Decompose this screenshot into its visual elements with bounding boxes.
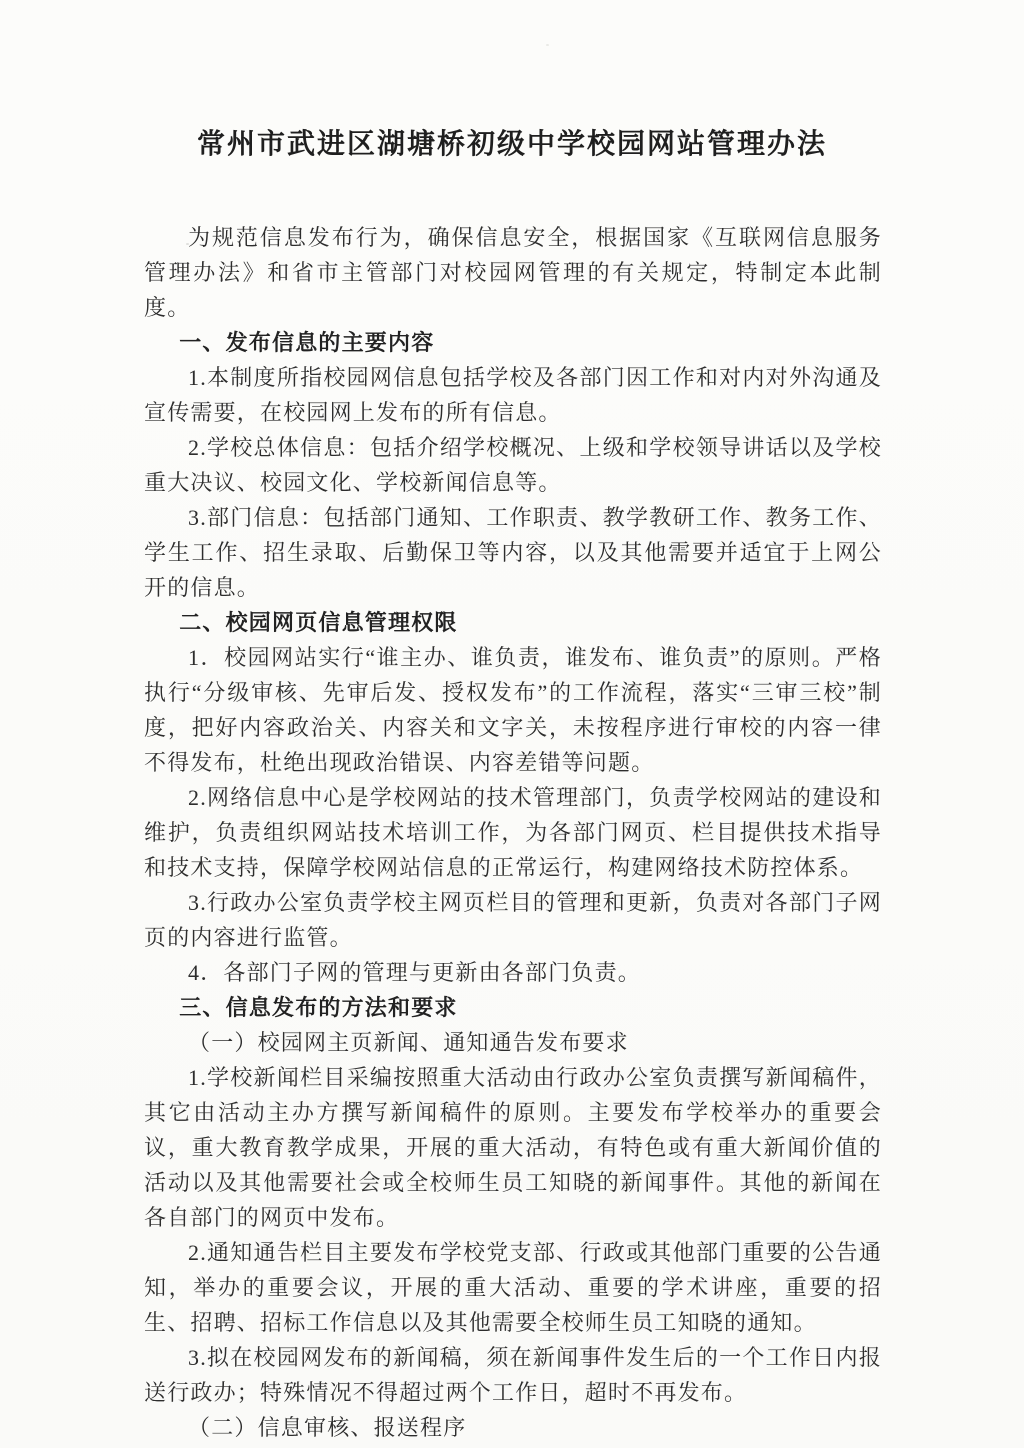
body-paragraph: 1．校园网站实行“谁主办、谁负责，谁发布、谁负责”的原则。严格执行“分级审核、先…	[144, 640, 882, 780]
body-paragraph: 2.网络信息中心是学校网站的技术管理部门，负责学校网站的建设和维护，负责组织网站…	[144, 780, 882, 885]
scan-speck	[690, 523, 692, 525]
scan-speck	[186, 243, 189, 245]
body-paragraph: （二）信息审核、报送程序	[144, 1410, 882, 1445]
body-paragraph: 3.部门信息：包括部门通知、工作职责、教学教研工作、教务工作、学生工作、招生录取…	[144, 500, 882, 605]
scan-speck	[152, 549, 154, 551]
document-title: 常州市武进区湖塘桥初级中学校园网站管理办法	[0, 0, 1024, 162]
body-paragraph: （一）校园网主页新闻、通知通告发布要求	[144, 1025, 882, 1060]
body-paragraph: 3.行政办公室负责学校主网页栏目的管理和更新，负责对各部门子网页的内容进行监管。	[144, 885, 882, 955]
document-body: 为规范信息发布行为，确保信息安全，根据国家《互联网信息服务管理办法》和省市主管部…	[144, 220, 882, 1445]
body-paragraph: 1.学校新闻栏目采编按照重大活动由行政办公室负责撰写新闻稿件，其它由活动主办方撰…	[144, 1060, 882, 1235]
scan-speck	[546, 44, 549, 46]
body-paragraph: 1.本制度所指校园网信息包括学校及各部门因工作和对内对外沟通及宣传需要，在校园网…	[144, 360, 882, 430]
body-paragraph: 4．各部门子网的管理与更新由各部门负责。	[144, 955, 882, 990]
body-paragraph: 2.学校总体信息：包括介绍学校概况、上级和学校领导讲话以及学校重大决议、校园文化…	[144, 430, 882, 500]
section-heading: 三、信息发布的方法和要求	[144, 990, 882, 1025]
section-heading: 一、发布信息的主要内容	[144, 325, 882, 360]
section-heading: 二、校园网页信息管理权限	[144, 605, 882, 640]
body-paragraph: 2.通知通告栏目主要发布学校党支部、行政或其他部门重要的公告通知，举办的重要会议…	[144, 1235, 882, 1340]
body-paragraph: 为规范信息发布行为，确保信息安全，根据国家《互联网信息服务管理办法》和省市主管部…	[144, 220, 882, 325]
document-page: 常州市武进区湖塘桥初级中学校园网站管理办法 为规范信息发布行为，确保信息安全，根…	[0, 0, 1024, 1448]
body-paragraph: 3.拟在校园网发布的新闻稿，须在新闻事件发生后的一个工作日内报送行政办；特殊情况…	[144, 1340, 882, 1410]
